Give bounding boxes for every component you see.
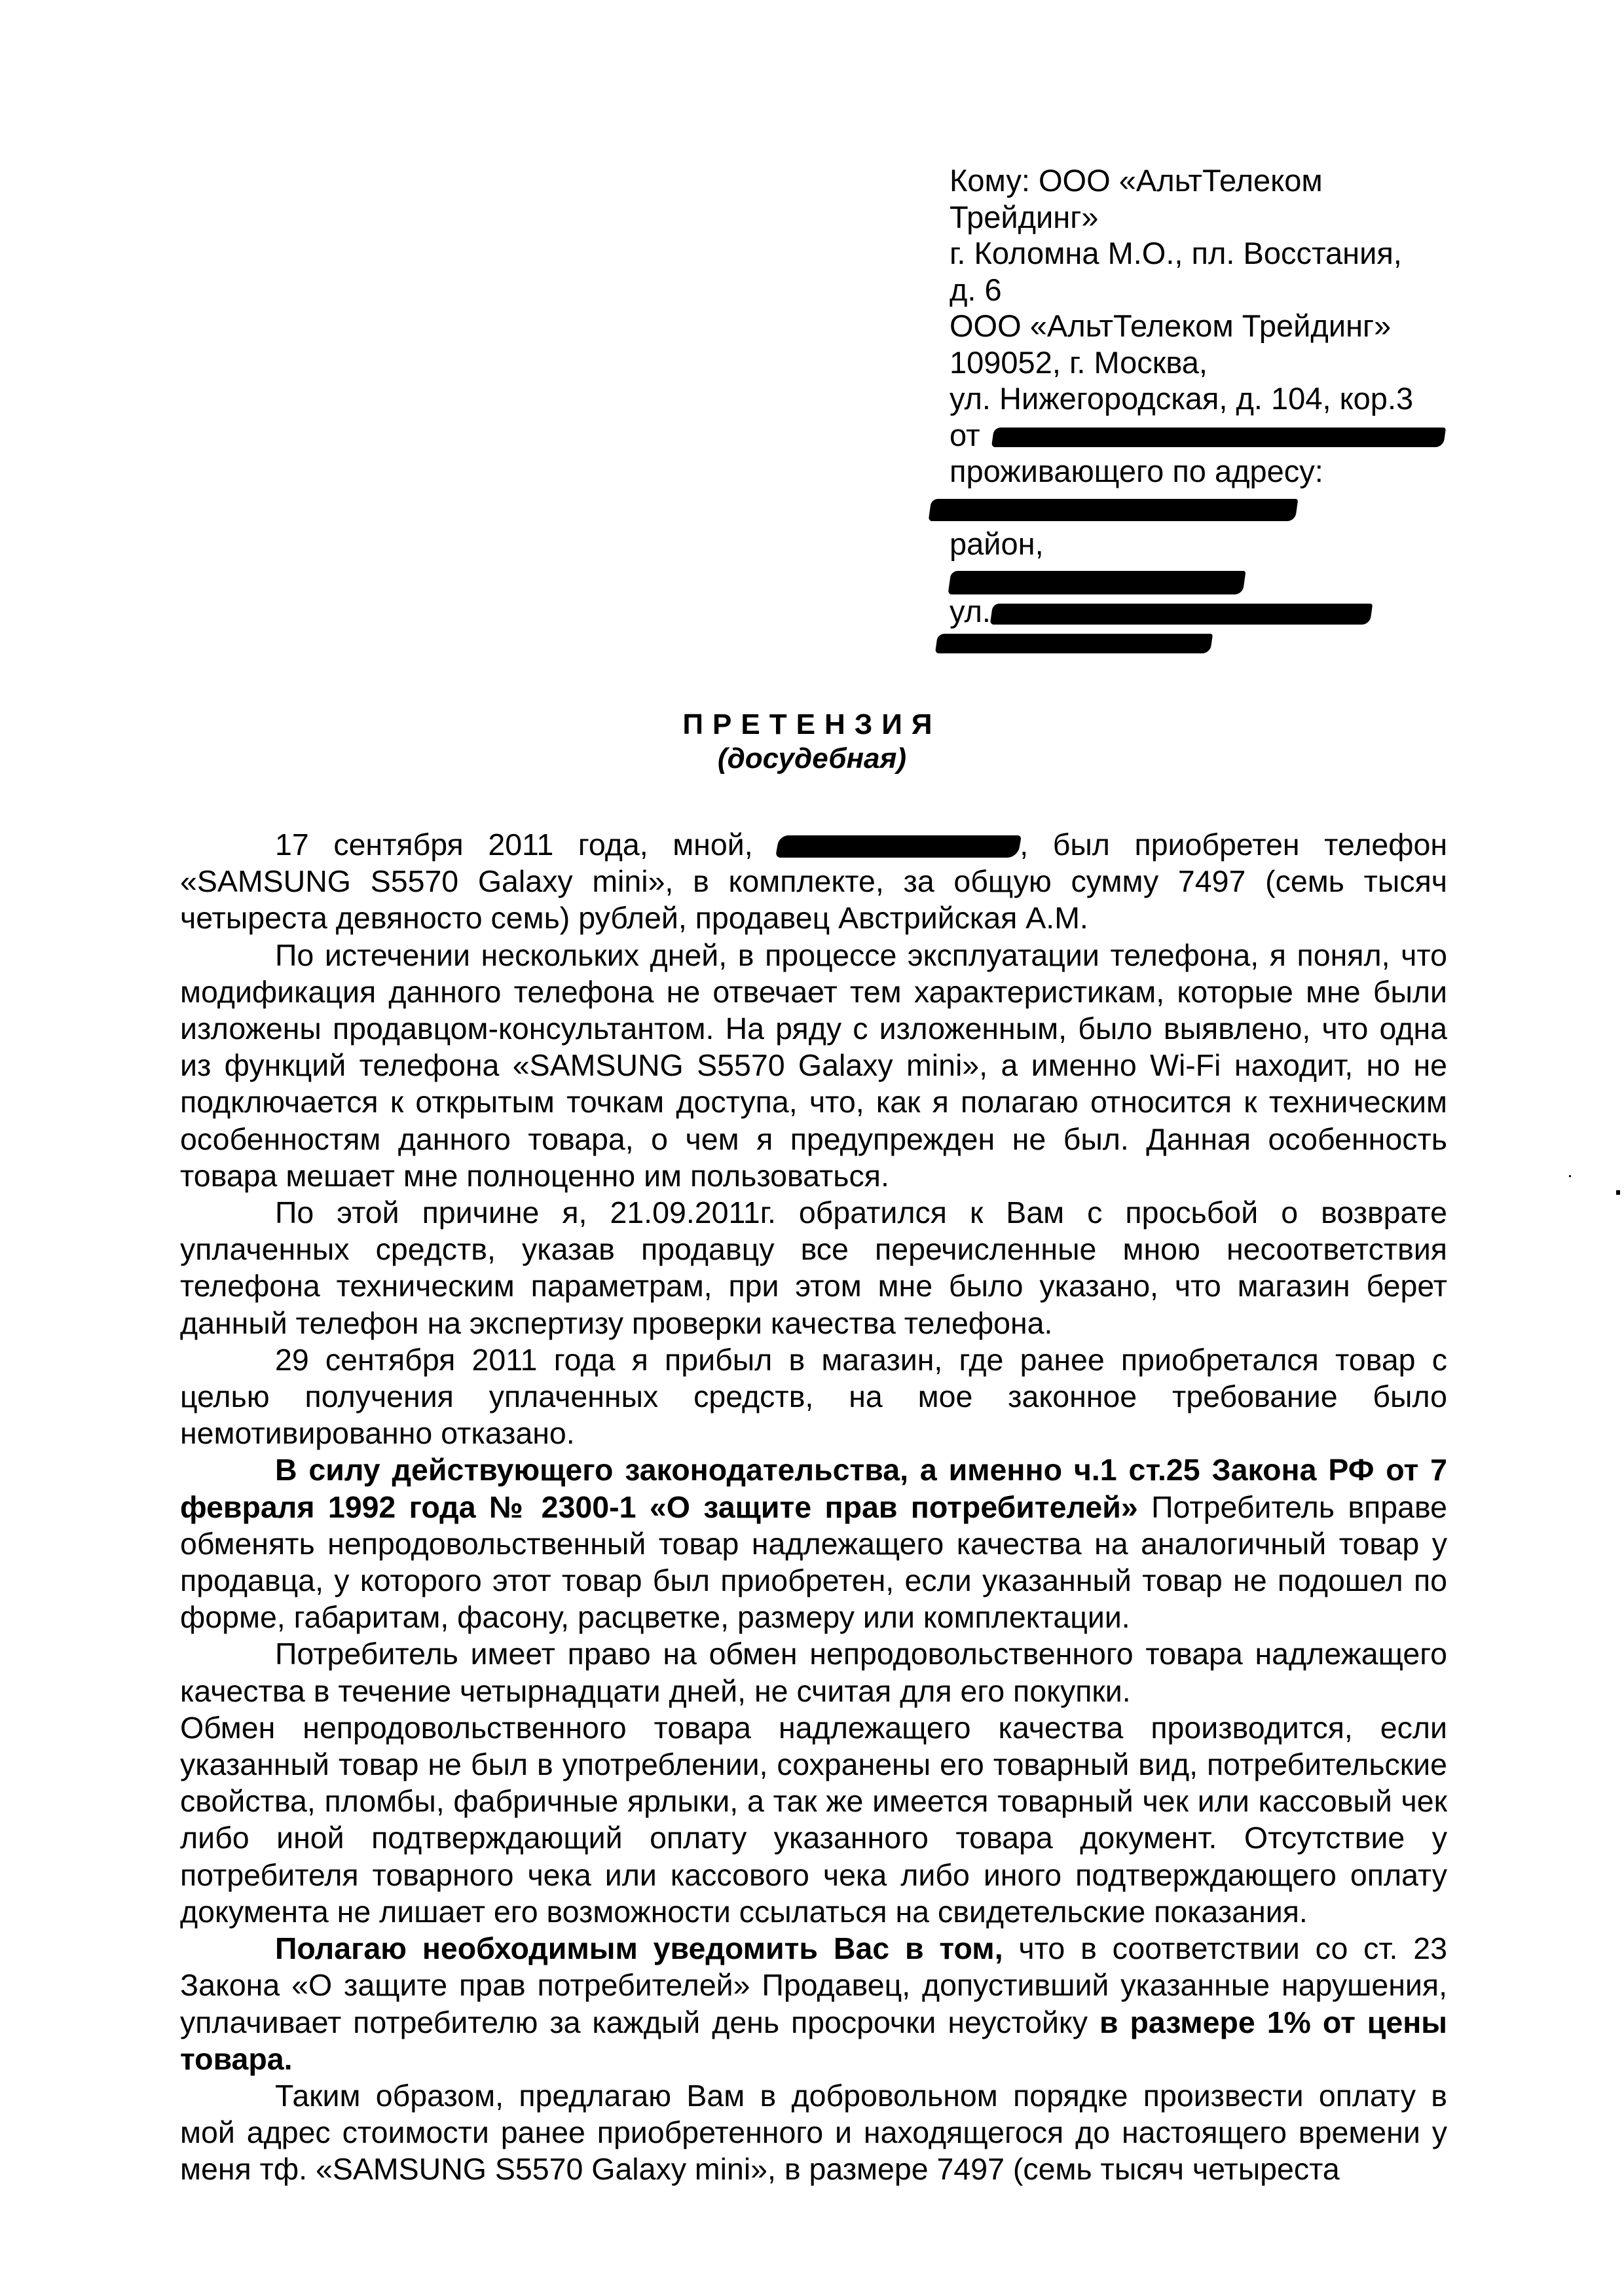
- addressee-line-7: ул. Нижегородская, д. 104, кор.3: [950, 380, 1447, 417]
- paragraph-penalty: Полагаю необходимым уведомить Вас в том,…: [180, 1930, 1447, 2077]
- district-line: район,: [950, 526, 1447, 562]
- redacted-sender-name: [991, 428, 1446, 447]
- paragraph-demand: Таким образом, предлагаю Вам в доброволь…: [180, 2077, 1447, 2188]
- addressee-line-5: ООО «АльтТелеком Трейдинг»: [950, 308, 1447, 344]
- sender-line: от: [950, 417, 1447, 454]
- paragraph-defect: По истечении нескольких дней, в процессе…: [180, 937, 1447, 1194]
- redacted-buyer-name: [775, 835, 1022, 858]
- addressee-line-1: Кому: ООО «АльтТелеком: [950, 162, 1447, 199]
- addressee-line-3: г. Коломна М.О., пл. Восстания,: [950, 235, 1447, 272]
- paragraph-purchase: 17 сентября 2011 года, мной, , был приоб…: [180, 826, 1447, 937]
- paragraph-exchange-conditions: Обмен непродовольственного товара надлеж…: [180, 1709, 1447, 1930]
- document-subtitle: (досудебная): [0, 741, 1624, 776]
- paragraph-law-reference: В силу действующего законодательства, а …: [180, 1451, 1447, 1635]
- scan-speck: [1616, 1190, 1620, 1195]
- addressee-line-4: д. 6: [950, 272, 1447, 308]
- penalty-intro-bold: Полагаю необходимым уведомить Вас в том,: [275, 1931, 1003, 1965]
- addressee-line-2: Трейдинг»: [950, 199, 1447, 236]
- paragraph-refusal: 29 сентября 2011 года я прибыл в магазин…: [180, 1341, 1447, 1452]
- residing-line: проживающего по адресу:: [950, 453, 1447, 490]
- addressee-block: Кому: ООО «АльтТелеком Трейдинг» г. Коло…: [950, 162, 1447, 659]
- addressee-line-6: 109052, г. Москва,: [950, 344, 1447, 381]
- redacted-address-line-3: [950, 623, 1447, 660]
- paragraph-exchange-right: Потребитель имеет право на обмен непродо…: [180, 1635, 1447, 1709]
- from-label: от: [950, 418, 980, 452]
- redacted-address-2: [948, 571, 1246, 594]
- document-page: Кому: ООО «АльтТелеком Трейдинг» г. Коло…: [0, 0, 1624, 2296]
- paragraph-purchase-start: 17 сентября 2011 года, мной,: [275, 828, 753, 862]
- scan-speck: [1569, 1175, 1571, 1177]
- paragraph-return-request: По этой причине я, 21.09.2011г. обратилс…: [180, 1194, 1447, 1341]
- redacted-address-3: [935, 634, 1213, 653]
- document-body: 17 сентября 2011 года, мной, , был приоб…: [180, 826, 1447, 2188]
- redacted-address-1: [929, 499, 1299, 521]
- redacted-address-line-1: [950, 490, 1447, 526]
- document-title: ПРЕТЕНЗИЯ: [0, 707, 1624, 742]
- redacted-street: [990, 604, 1373, 625]
